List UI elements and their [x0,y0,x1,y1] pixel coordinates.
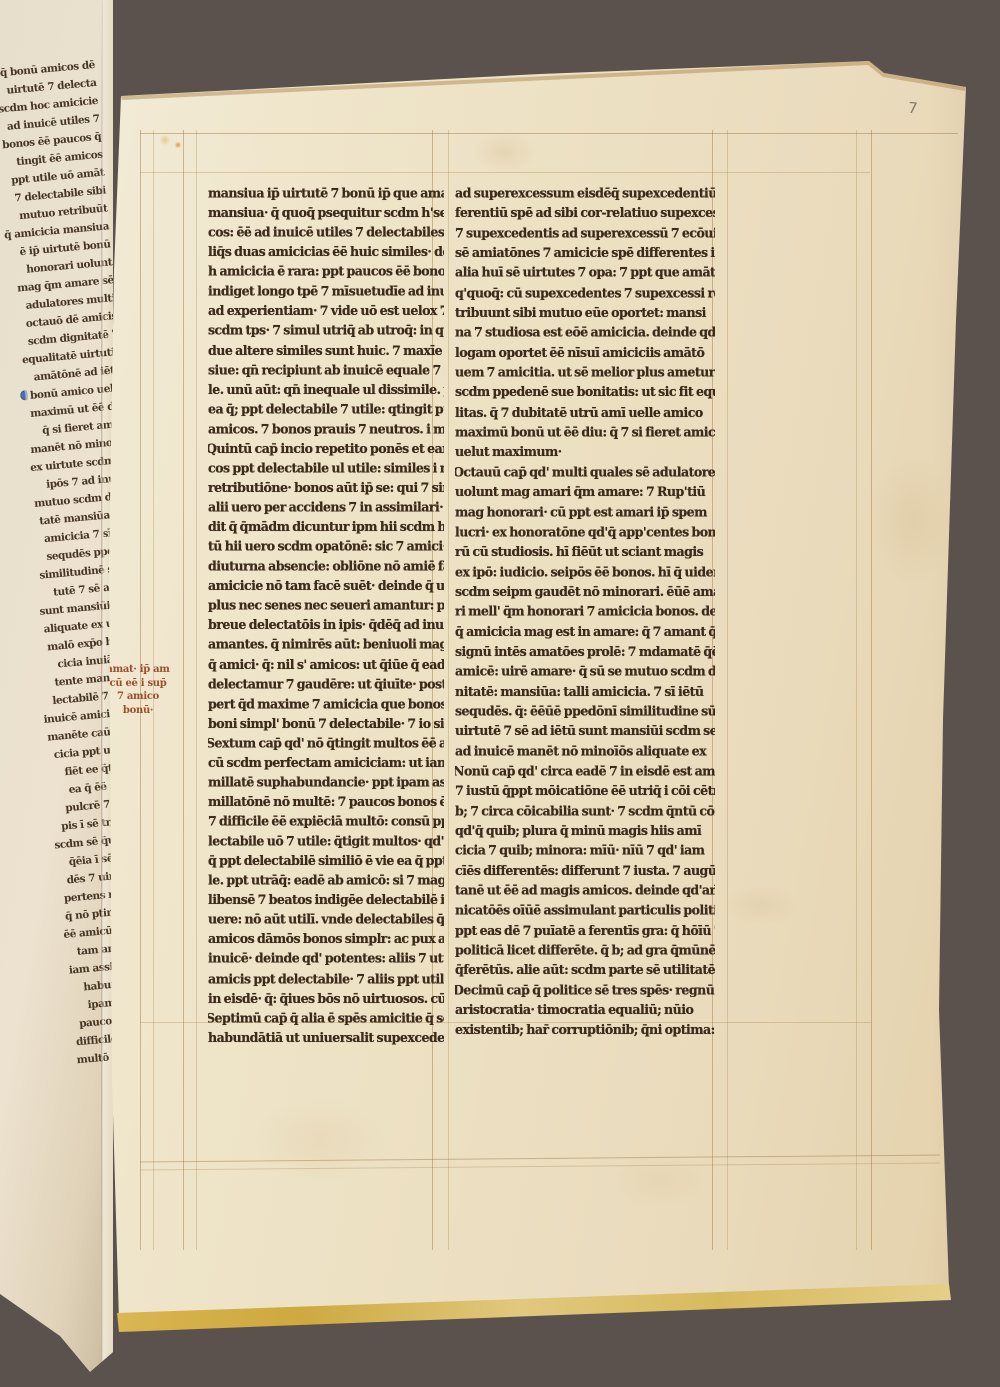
facing-page-text: q̄ bonū amicos dēuirtutē 7 delectascdm h… [0,56,113,1071]
manuscript-page: mansiua ip̄ uirtutē 7 bonū ip̄ que amant… [0,0,1000,1387]
facing-folio-edge: q̄ bonū amicos dēuirtutē 7 delectascdm h… [0,0,113,1387]
parchment-stains [0,0,1000,1387]
paraph-mark-blue [20,390,28,401]
